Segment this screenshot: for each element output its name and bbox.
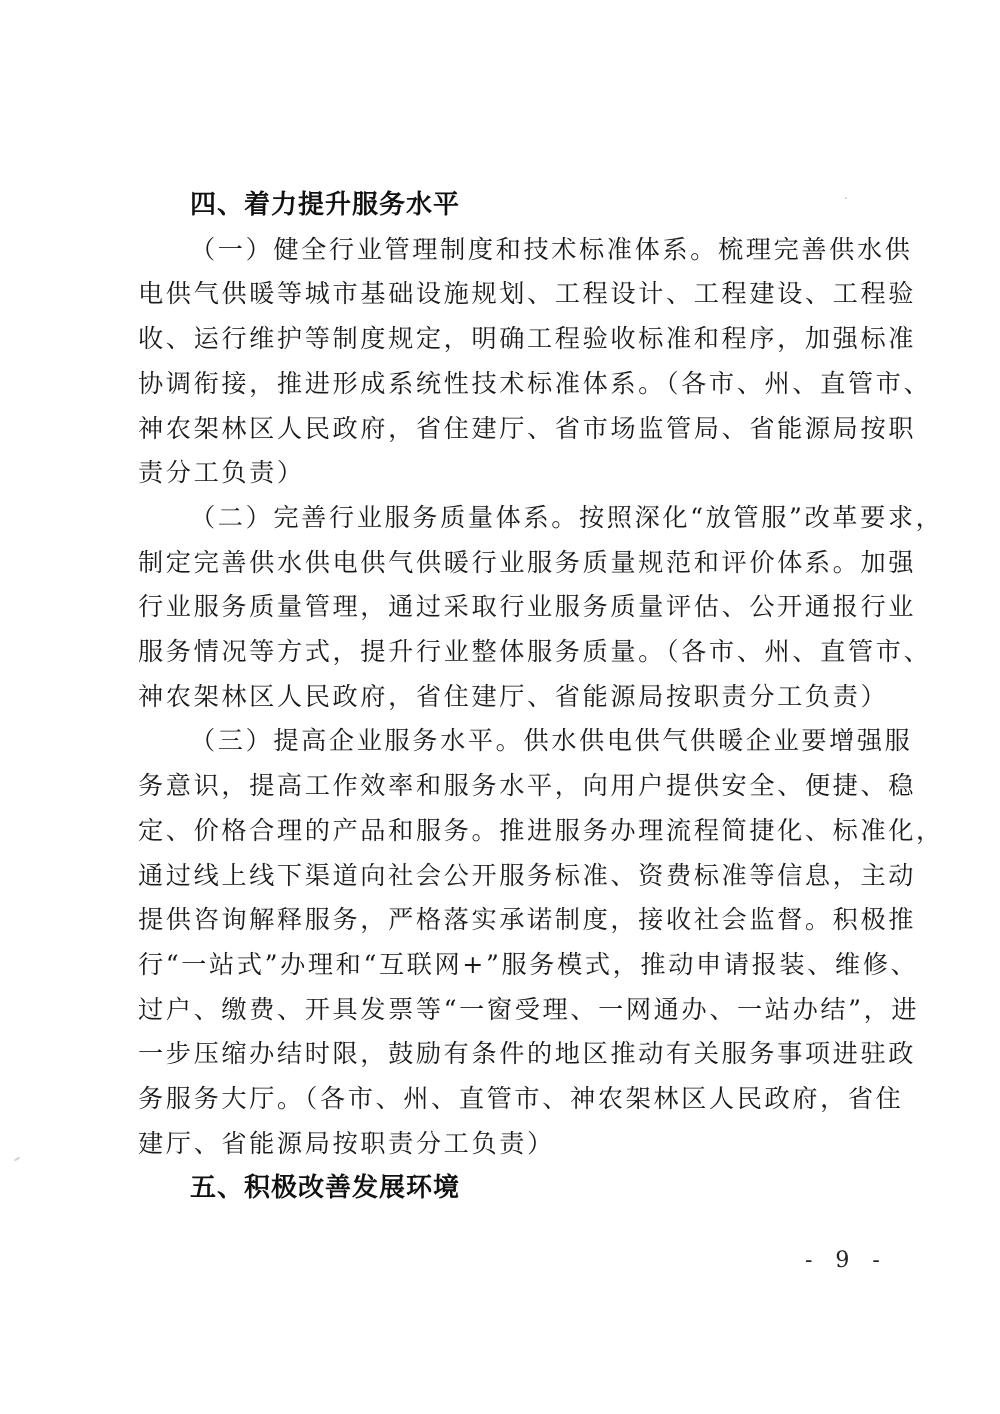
paragraph-line: 过户、缴费、开具发票等“一窗受理、一网通办、一站办结”，进 — [138, 988, 880, 1033]
paragraph-line: 一步压缩办结时限，鼓励有条件的地区推动有关服务事项进驻政 — [138, 1032, 880, 1077]
paragraph-1: （一）健全行业管理制度和技术标准体系。梳理完善供水供 电供气供暖等城市基础设施规… — [138, 228, 880, 496]
paragraph-line: （一）健全行业管理制度和技术标准体系。梳理完善供水供 — [138, 228, 880, 273]
paragraph-line: 行业服务质量管理，通过采取行业服务质量评估、公开通报行业 — [138, 585, 880, 630]
paragraph-line: （二）完善行业服务质量体系。按照深化“放管服”改革要求， — [138, 496, 880, 541]
paragraph-line: 电供气供暖等城市基础设施规划、工程设计、工程建设、工程验 — [138, 272, 880, 317]
paragraph-line: 行“一站式”办理和“互联网+”服务模式，推动申请报装、维修、 — [138, 943, 880, 988]
paragraph-line: 务服务大厅。（各市、州、直管市、神农架林区人民政府，省住 — [138, 1077, 880, 1122]
paragraph-line: 服务情况等方式，提升行业整体服务质量。（各市、州、直管市、 — [138, 630, 880, 675]
paragraph-3: （三）提高企业服务水平。供水供电供气供暖企业要增强服 务意识，提高工作效率和服务… — [138, 719, 880, 1166]
paragraph-line: （三）提高企业服务水平。供水供电供气供暖企业要增强服 — [138, 719, 880, 764]
paragraph-2: （二）完善行业服务质量体系。按照深化“放管服”改革要求， 制定完善供水供电供气供… — [138, 496, 880, 720]
paragraph-line: 制定完善供水供电供气供暖行业服务质量规范和评价体系。加强 — [138, 541, 880, 586]
paragraph-line: 通过线上线下渠道向社会公开服务标准、资费标准等信息，主动 — [138, 854, 880, 899]
page-number: - 9 - — [805, 1248, 888, 1273]
section-heading-4: 四、着力提升服务水平 — [138, 183, 880, 228]
section-heading-5: 五、积极改善发展环境 — [138, 1166, 880, 1211]
paragraph-line: 建厅、省能源局按职责分工负责） — [138, 1122, 880, 1167]
scan-speck — [14, 1157, 20, 1162]
paragraph-line: 协调衔接，推进形成系统性技术标准体系。（各市、州、直管市、 — [138, 362, 880, 407]
paragraph-line: 神农架林区人民政府，省住建厅、省能源局按职责分工负责） — [138, 675, 880, 720]
paragraph-line: 神农架林区人民政府，省住建厅、省市场监管局、省能源局按职 — [138, 407, 880, 452]
paragraph-line: 提供咨询解释服务，严格落实承诺制度，接收社会监督。积极推 — [138, 898, 880, 943]
paragraph-line: 定、价格合理的产品和服务。推进服务办理流程简捷化、标准化， — [138, 809, 880, 854]
paragraph-line: 责分工负责） — [138, 451, 880, 496]
paragraph-line: 务意识，提高工作效率和服务水平，向用户提供安全、便捷、稳 — [138, 764, 880, 809]
scan-speck — [845, 197, 847, 199]
document-page: 四、着力提升服务水平 （一）健全行业管理制度和技术标准体系。梳理完善供水供 电供… — [138, 183, 880, 1211]
paragraph-line: 收、运行维护等制度规定，明确工程验收标准和程序，加强标准 — [138, 317, 880, 362]
